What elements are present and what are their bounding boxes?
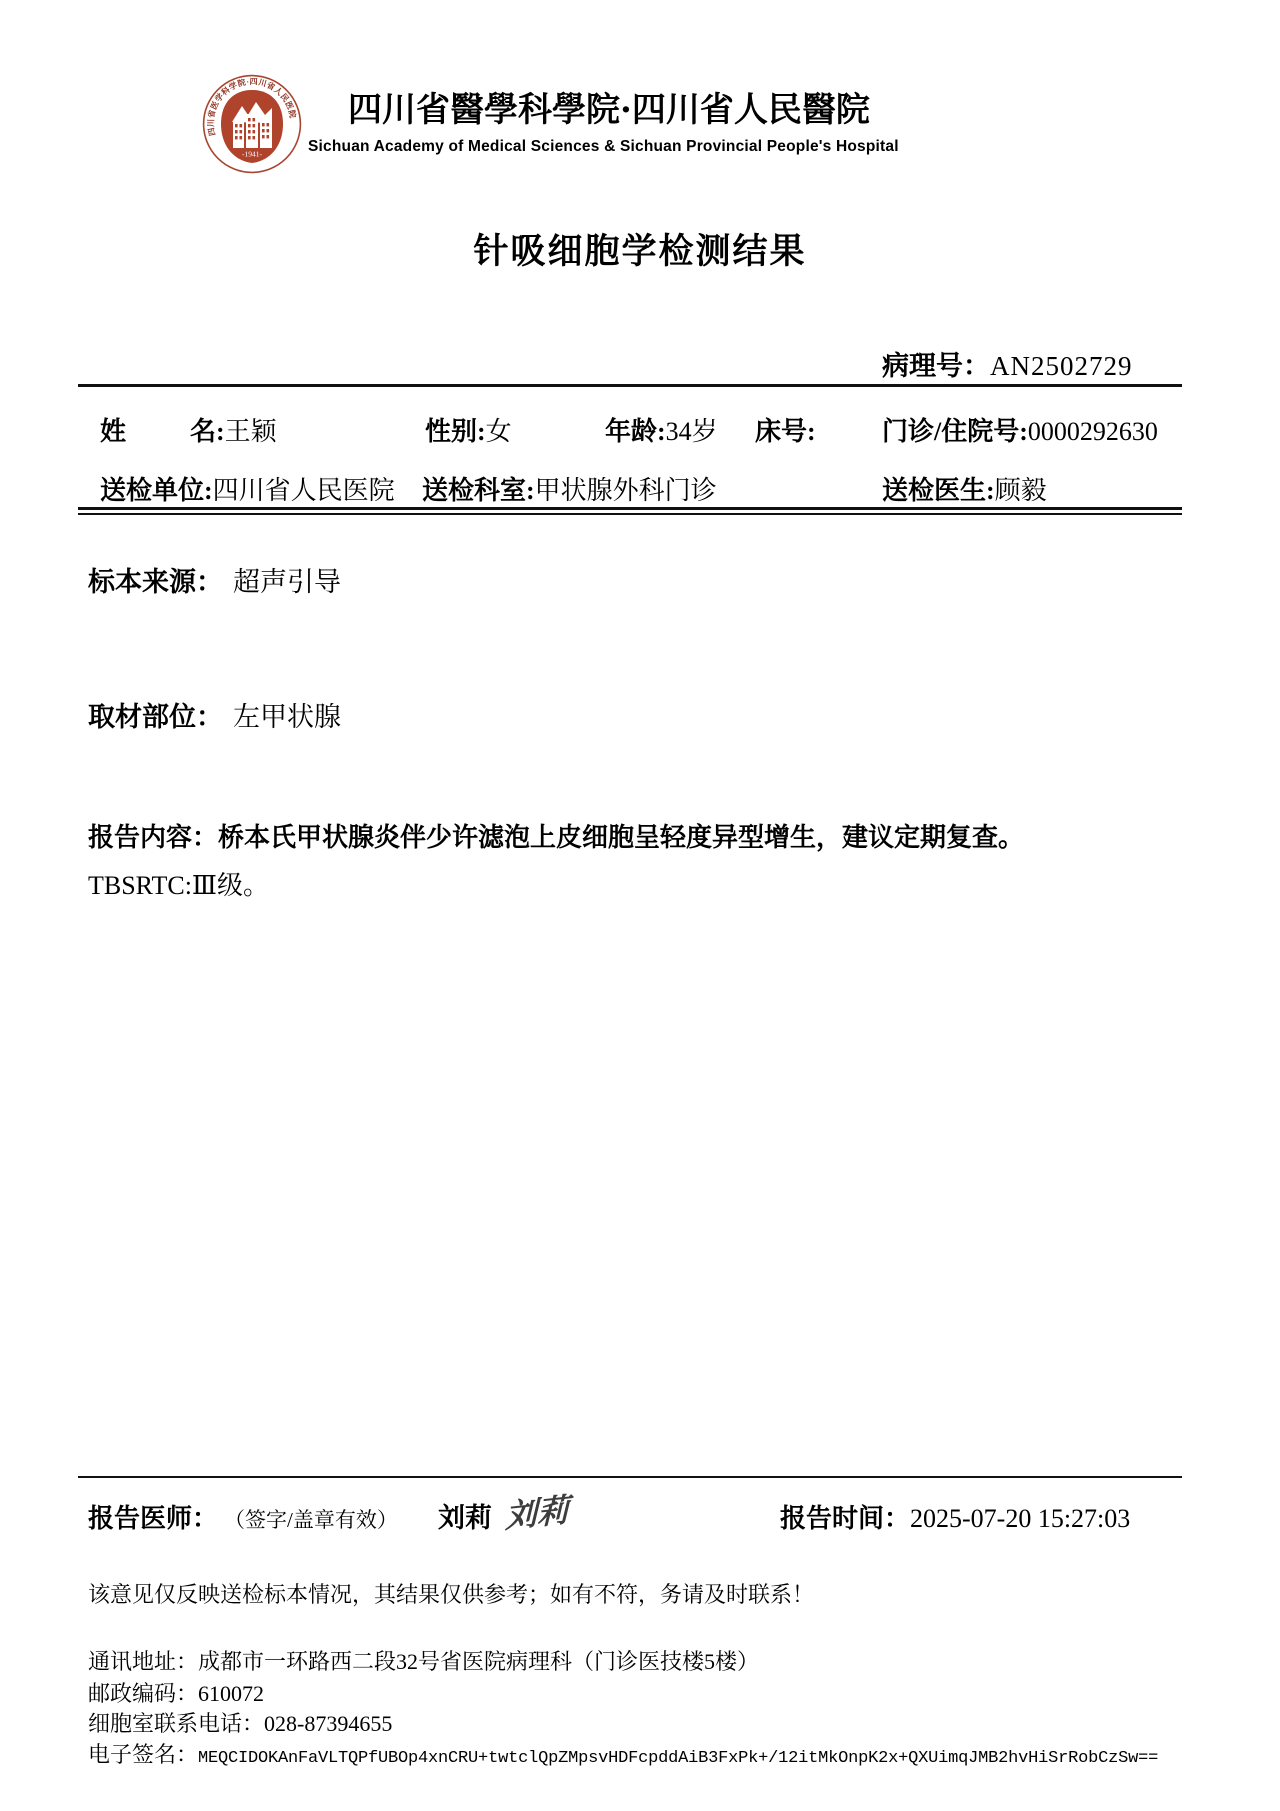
- physician-label: 报告医师：: [88, 1498, 218, 1535]
- specimen-source-label: 标本来源：: [88, 567, 223, 597]
- sampling-site-label: 取材部位：: [88, 702, 223, 732]
- sampling-site-value: 左甲状腺: [233, 702, 341, 732]
- contact-address-value: 成都市一环路西二段32号省医院病理科（门诊医技楼5楼）: [198, 1649, 759, 1674]
- physician-name: 刘莉: [438, 1496, 492, 1535]
- patient-age: 34岁: [666, 417, 718, 446]
- report-time-value: 2025-07-20 15:27:03: [910, 1504, 1130, 1533]
- pathology-number-label: 病理号：: [882, 351, 990, 381]
- sending-doctor: 顾毅: [995, 476, 1047, 505]
- disclaimer-note: 该意见仅反映送检标本情况，其结果仅供参考；如有不符，务请及时联系！: [88, 1578, 814, 1609]
- sending-dept: 甲状腺外科门诊: [535, 476, 717, 505]
- report-content-text: 桥本氏甲状腺炎伴少许滤泡上皮细胞呈轻度异型增生，建议定期复查。: [218, 823, 1024, 852]
- pathology-number: 病理号：AN2502729: [882, 344, 1133, 383]
- seal-year: -1941-: [242, 150, 262, 159]
- divider-double-b: [78, 513, 1182, 515]
- patient-name: 王颖: [225, 417, 277, 446]
- field-unit: 送检单位:四川省人民医院: [100, 470, 395, 507]
- patient-visit-no: 0000292630: [1028, 417, 1158, 446]
- electronic-signature-label: 电子签名：: [88, 1742, 198, 1767]
- postal-code-value: 610072: [198, 1681, 264, 1706]
- contact-address: 通讯地址：成都市一环路西二段32号省医院病理科（门诊医技楼5楼）: [88, 1645, 759, 1676]
- divider-top: [78, 384, 1182, 387]
- contact-phone: 细胞室联系电话：028-87394655: [88, 1707, 392, 1738]
- physician-signature: 刘莉: [505, 1485, 569, 1538]
- pathology-number-value: AN2502729: [990, 351, 1133, 381]
- hospital-name-en: Sichuan Academy of Medical Sciences & Si…: [308, 138, 899, 156]
- report-time-label: 报告时间：: [780, 1504, 910, 1533]
- field-surname-label: 姓: [100, 411, 126, 448]
- contact-address-label: 通讯地址：: [88, 1649, 198, 1674]
- specimen-source: 标本来源：超声引导: [88, 560, 341, 599]
- sending-unit: 四川省人民医院: [213, 476, 395, 505]
- field-doctor: 送检医生:顾毅: [882, 470, 1047, 507]
- sampling-site: 取材部位：左甲状腺: [88, 695, 341, 734]
- postal-code-label: 邮政编码：: [88, 1681, 198, 1706]
- physician-note: （签字/盖章有效）: [224, 1504, 398, 1534]
- postal-code: 邮政编码：610072: [88, 1677, 264, 1708]
- page-title: 针吸细胞学检测结果: [0, 224, 1280, 274]
- specimen-source-value: 超声引导: [233, 567, 341, 597]
- divider-double-a: [78, 507, 1182, 510]
- report-content-label: 报告内容：: [88, 823, 218, 852]
- contact-phone-label: 细胞室联系电话：: [88, 1711, 264, 1736]
- report-time: 报告时间：2025-07-20 15:27:03: [780, 1498, 1130, 1535]
- electronic-signature: 电子签名：MEQCIDOKAnFaVLTQPfUBOp4xnCRU+twtclQ…: [88, 1738, 1158, 1769]
- field-bed: 床号:: [755, 411, 816, 448]
- contact-phone-value: 028-87394655: [264, 1711, 392, 1736]
- field-name: 名:王颖: [190, 411, 277, 448]
- patient-gender: 女: [486, 417, 512, 446]
- divider-footer: [78, 1476, 1182, 1478]
- report-content: 报告内容：桥本氏甲状腺炎伴少许滤泡上皮细胞呈轻度异型增生，建议定期复查。 TBS…: [88, 814, 1168, 910]
- field-gender: 性别:女: [425, 411, 512, 448]
- report-grade: TBSRTC:Ⅲ级。: [88, 871, 269, 900]
- field-age: 年龄:34岁: [605, 411, 718, 448]
- field-visit-no: 门诊/住院号:0000292630: [882, 411, 1158, 448]
- electronic-signature-value: MEQCIDOKAnFaVLTQPfUBOp4xnCRU+twtclQpZMps…: [198, 1749, 1158, 1768]
- medical-report-page: 四川省医学科学院·四川省人民医院 -1941- 四川省醫學科學院·四川省人民醫院…: [0, 0, 1280, 1811]
- hospital-seal-logo: 四川省医学科学院·四川省人民医院 -1941-: [202, 74, 302, 174]
- field-dept: 送检科室:甲状腺外科门诊: [422, 470, 717, 507]
- hospital-name-cn: 四川省醫學科學院·四川省人民醫院: [348, 82, 870, 131]
